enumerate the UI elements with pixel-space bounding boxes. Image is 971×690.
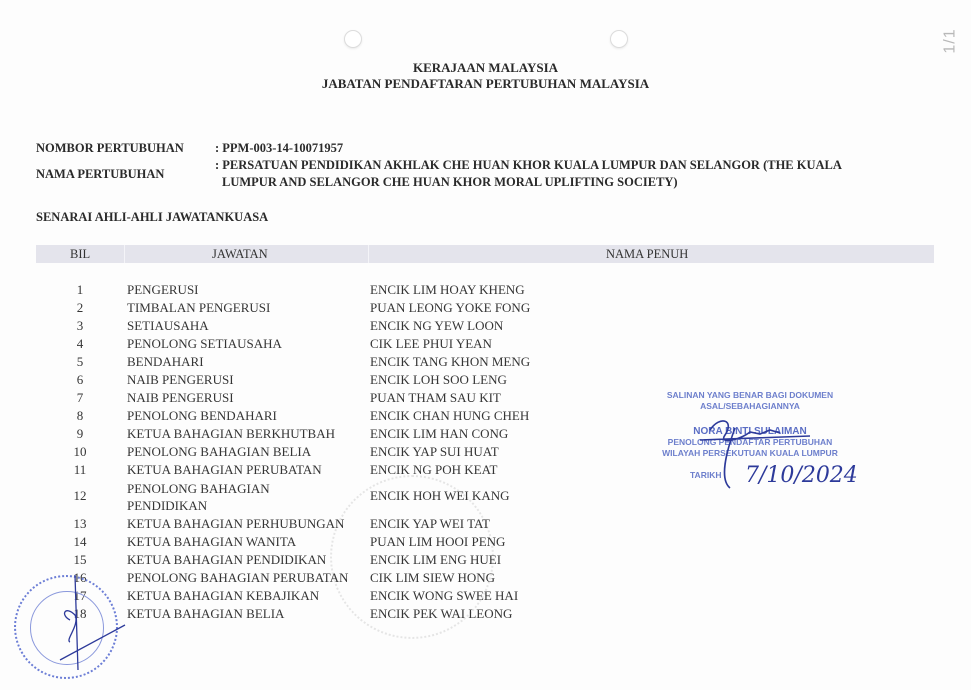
row-bil: 5 <box>60 354 100 370</box>
row-jawatan: PENOLONG SETIAUSAHA <box>127 336 282 352</box>
row-bil: 12 <box>60 488 100 504</box>
row-jawatan: NAIB PENGERUSI <box>127 390 234 406</box>
punch-hole-right <box>610 30 628 48</box>
row-nama: ENCIK LIM HAN CONG <box>370 426 508 442</box>
row-jawatan: KETUA BAHAGIAN BELIA <box>127 606 284 622</box>
row-bil: 1 <box>60 282 100 298</box>
row-nama: ENCIK YAP SUI HUAT <box>370 444 499 460</box>
row-bil: 2 <box>60 300 100 316</box>
table-header: BIL JAWATAN NAMA PENUH <box>36 245 934 263</box>
row-jawatan: PENOLONG BENDAHARI <box>127 408 277 424</box>
row-jawatan: BENDAHARI <box>127 354 204 370</box>
row-nama: PUAN LIM HOOI PENG <box>370 534 505 550</box>
organization-number-label: NOMBOR PERTUBUHAN <box>36 141 184 156</box>
row-nama: ENCIK TANG KHON MENG <box>370 354 530 370</box>
header-bil: BIL <box>70 247 90 262</box>
row-nama: ENCIK CHAN HUNG CHEH <box>370 408 529 424</box>
punch-hole-left <box>344 30 362 48</box>
row-bil: 13 <box>60 516 100 532</box>
row-jawatan: PENGERUSI <box>127 282 199 298</box>
stamp-line1: SALINAN YANG BENAR BAGI DOKUMEN <box>640 390 860 401</box>
row-nama: ENCIK HOH WEI KANG <box>370 488 510 504</box>
row-jawatan: SETIAUSAHA <box>127 318 209 334</box>
header-government: KERAJAAN MALAYSIA <box>0 60 971 76</box>
row-bil: 9 <box>60 426 100 442</box>
page-indicator: 1/1 <box>941 28 959 53</box>
row-jawatan: KETUA BAHAGIAN PENDIDIKAN <box>127 552 326 568</box>
row-bil: 3 <box>60 318 100 334</box>
row-jawatan: PENOLONG BAHAGIAN PENDIDIKAN <box>127 480 317 514</box>
row-nama: CIK LEE PHUI YEAN <box>370 336 492 352</box>
row-nama: ENCIK NG POH KEAT <box>370 462 497 478</box>
organization-name-label: NAMA PERTUBUHAN <box>36 167 164 182</box>
row-jawatan: PENOLONG BAHAGIAN BELIA <box>127 444 311 460</box>
row-nama: ENCIK NG YEW LOON <box>370 318 503 334</box>
row-jawatan: PENOLONG BAHAGIAN PERUBATAN <box>127 570 348 586</box>
row-nama: ENCIK LOH SOO LENG <box>370 372 507 388</box>
row-nama: CIK LIM SIEW HONG <box>370 570 495 586</box>
handwritten-date: 7/10/2024 <box>745 463 858 488</box>
row-jawatan: KETUA BAHAGIAN WANITA <box>127 534 296 550</box>
row-bil: 10 <box>60 444 100 460</box>
row-jawatan: KETUA BAHAGIAN KEBAJIKAN <box>127 588 319 604</box>
row-jawatan: TIMBALAN PENGERUSI <box>127 300 270 316</box>
initial-signature-icon <box>40 570 130 680</box>
header-jawatan: JAWATAN <box>212 247 268 262</box>
row-jawatan: KETUA BAHAGIAN PERUBATAN <box>127 462 322 478</box>
row-jawatan: KETUA BAHAGIAN BERKHUTBAH <box>127 426 335 442</box>
row-nama: ENCIK PEK WAI LEONG <box>370 606 512 622</box>
row-jawatan: KETUA BAHAGIAN PERHUBUNGAN <box>127 516 344 532</box>
row-bil: 8 <box>60 408 100 424</box>
row-nama: PUAN LEONG YOKE FONG <box>370 300 530 316</box>
row-bil: 6 <box>60 372 100 388</box>
row-bil: 4 <box>60 336 100 352</box>
row-jawatan: NAIB PENGERUSI <box>127 372 234 388</box>
row-nama: PUAN THAM SAU KIT <box>370 390 501 406</box>
organization-number-value: : PPM-003-14-10071957 <box>215 141 343 156</box>
header-department: JABATAN PENDAFTARAN PERTUBUHAN MALAYSIA <box>0 76 971 92</box>
row-bil: 7 <box>60 390 100 406</box>
header-divider <box>124 245 125 263</box>
row-nama: ENCIK LIM ENG HUEI <box>370 552 501 568</box>
row-bil: 14 <box>60 534 100 550</box>
organization-name-line2: LUMPUR AND SELANGOR CHE HUAN KHOR MORAL … <box>222 175 678 190</box>
organization-name-line1: : PERSATUAN PENDIDIKAN AKHLAK CHE HUAN K… <box>215 158 842 173</box>
row-nama: ENCIK YAP WEI TAT <box>370 516 490 532</box>
row-bil: 15 <box>60 552 100 568</box>
row-nama: ENCIK LIM HOAY KHENG <box>370 282 525 298</box>
row-nama: ENCIK WONG SWEE HAI <box>370 588 518 604</box>
row-bil: 11 <box>60 462 100 478</box>
section-title: SENARAI AHLI-AHLI JAWATANKUASA <box>36 210 268 225</box>
header-nama-penuh: NAMA PENUH <box>606 247 688 262</box>
header-divider <box>368 245 369 263</box>
